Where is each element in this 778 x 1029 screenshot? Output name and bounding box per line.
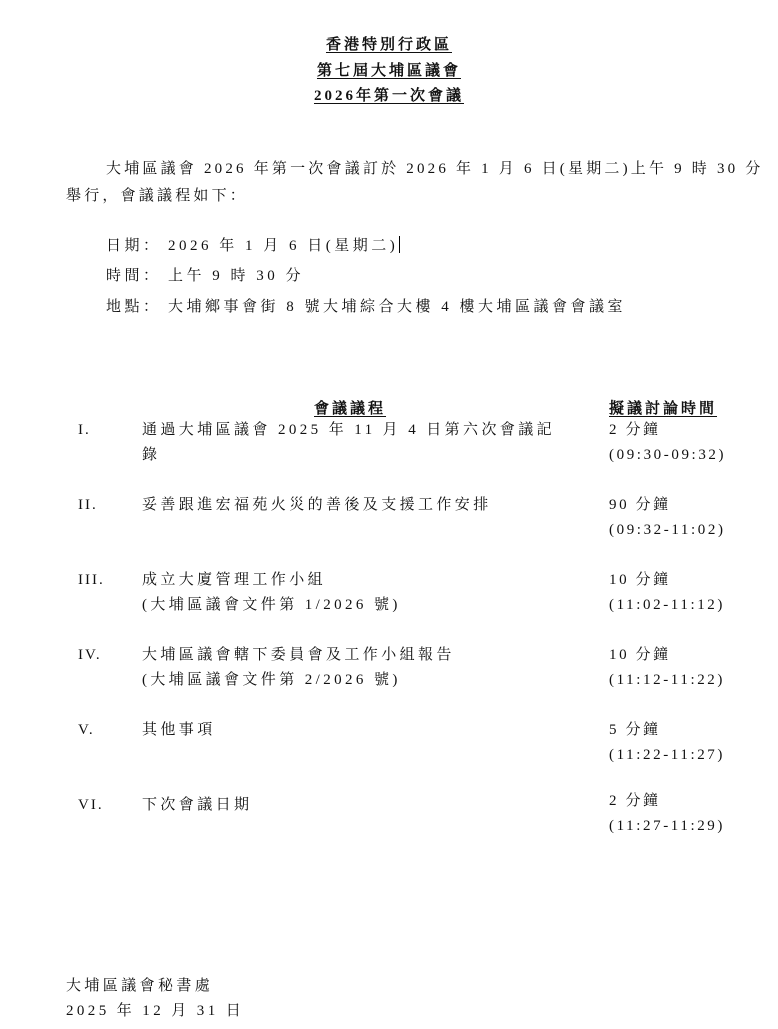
duration: 2 分鐘 xyxy=(609,418,726,443)
document-title-line-3: 2026年第一次會議 xyxy=(0,84,778,105)
agenda-item-number: II. xyxy=(78,497,98,514)
agenda-item-time: 90 分鐘 (09:32-11:02) xyxy=(609,493,726,543)
agenda-item: 大埔區議會轄下委員會及工作小組報告 (大埔區議會文件第 2/2026 號) xyxy=(142,643,455,693)
agenda-item-time: 5 分鐘 (11:22-11:27) xyxy=(609,718,725,768)
venue-value: 大埔鄉事會街 8 號大埔綜合大樓 4 樓大埔區議會會議室 xyxy=(168,299,626,315)
agenda-item: 通過大埔區議會 2025 年 11 月 4 日第六次會議記 錄 xyxy=(142,418,555,468)
agenda-item-time: 2 分鐘 (11:27-11:29) xyxy=(609,789,725,839)
title-text: 第七屆大埔區議會 xyxy=(317,63,461,79)
agenda-item-title: 成立大廈管理工作小組 xyxy=(142,568,401,593)
intro-paragraph-line-1: 大埔區議會 2026 年第一次會議訂於 2026 年 1 月 6 日(星期二)上… xyxy=(106,157,764,178)
agenda-item: 妥善跟進宏福苑火災的善後及支援工作安排 xyxy=(142,493,492,518)
time-value: 上午 9 時 30 分 xyxy=(168,268,304,284)
time-label: 時間： xyxy=(106,264,168,285)
agenda-item-title: 通過大埔區議會 2025 年 11 月 4 日第六次會議記 xyxy=(142,418,555,443)
agenda-item-subtitle: (大埔區議會文件第 2/2026 號) xyxy=(142,668,455,693)
agenda-item: 下次會議日期 xyxy=(142,793,252,818)
duration: 10 分鐘 xyxy=(609,568,725,593)
agenda-item-time: 10 分鐘 (11:12-11:22) xyxy=(609,643,725,693)
agenda-item-number: I. xyxy=(78,422,91,439)
agenda-item-number: III. xyxy=(78,572,105,589)
agenda-item-time: 10 分鐘 (11:02-11:12) xyxy=(609,568,725,618)
title-text: 香港特別行政區 xyxy=(326,37,452,53)
duration: 5 分鐘 xyxy=(609,718,725,743)
document-title-line-1: 香港特別行政區 xyxy=(0,33,778,54)
time-range: (11:22-11:27) xyxy=(609,743,725,768)
document-title-line-2: 第七屆大埔區議會 xyxy=(0,59,778,80)
time-heading: 擬議討論時間 xyxy=(609,397,717,418)
venue-label: 地點： xyxy=(106,295,168,316)
duration: 2 分鐘 xyxy=(609,789,725,814)
agenda-item-subtitle: 錄 xyxy=(142,443,555,468)
title-text: 2026年第一次會議 xyxy=(314,88,464,104)
issuer: 大埔區議會秘書處 xyxy=(66,974,213,995)
agenda-item: 成立大廈管理工作小組 (大埔區議會文件第 1/2026 號) xyxy=(142,568,401,618)
meeting-date-row: 日期：2026 年 1 月 6 日(星期二) xyxy=(106,234,400,255)
time-range: (11:12-11:22) xyxy=(609,668,725,693)
agenda-item-title: 大埔區議會轄下委員會及工作小組報告 xyxy=(142,643,455,668)
agenda-item-subtitle: (大埔區議會文件第 1/2026 號) xyxy=(142,593,401,618)
agenda-item-number: V. xyxy=(78,722,95,739)
agenda-item-title: 其他事項 xyxy=(142,718,216,743)
meeting-time-row: 時間：上午 9 時 30 分 xyxy=(106,264,304,285)
agenda-heading: 會議議程 xyxy=(314,397,386,418)
agenda-item-time: 2 分鐘 (09:30-09:32) xyxy=(609,418,726,468)
time-range: (09:30-09:32) xyxy=(609,443,726,468)
agenda-item-number: VI. xyxy=(78,797,104,814)
intro-paragraph-line-2: 舉行，會議議程如下： xyxy=(66,184,248,205)
duration: 90 分鐘 xyxy=(609,493,726,518)
date-value: 2026 年 1 月 6 日(星期二) xyxy=(168,238,398,254)
time-range: (11:02-11:12) xyxy=(609,593,725,618)
meeting-venue-row: 地點：大埔鄉事會街 8 號大埔綜合大樓 4 樓大埔區議會會議室 xyxy=(106,295,626,316)
agenda-item-number: IV. xyxy=(78,647,102,664)
duration: 10 分鐘 xyxy=(609,643,725,668)
agenda-item: 其他事項 xyxy=(142,718,216,743)
date-label: 日期： xyxy=(106,234,168,255)
issue-date: 2025 年 12 月 31 日 xyxy=(66,999,244,1020)
time-range: (11:27-11:29) xyxy=(609,814,725,839)
text-cursor xyxy=(399,236,400,253)
time-range: (09:32-11:02) xyxy=(609,518,726,543)
agenda-item-title: 妥善跟進宏福苑火災的善後及支援工作安排 xyxy=(142,493,492,518)
agenda-item-title: 下次會議日期 xyxy=(142,793,252,818)
